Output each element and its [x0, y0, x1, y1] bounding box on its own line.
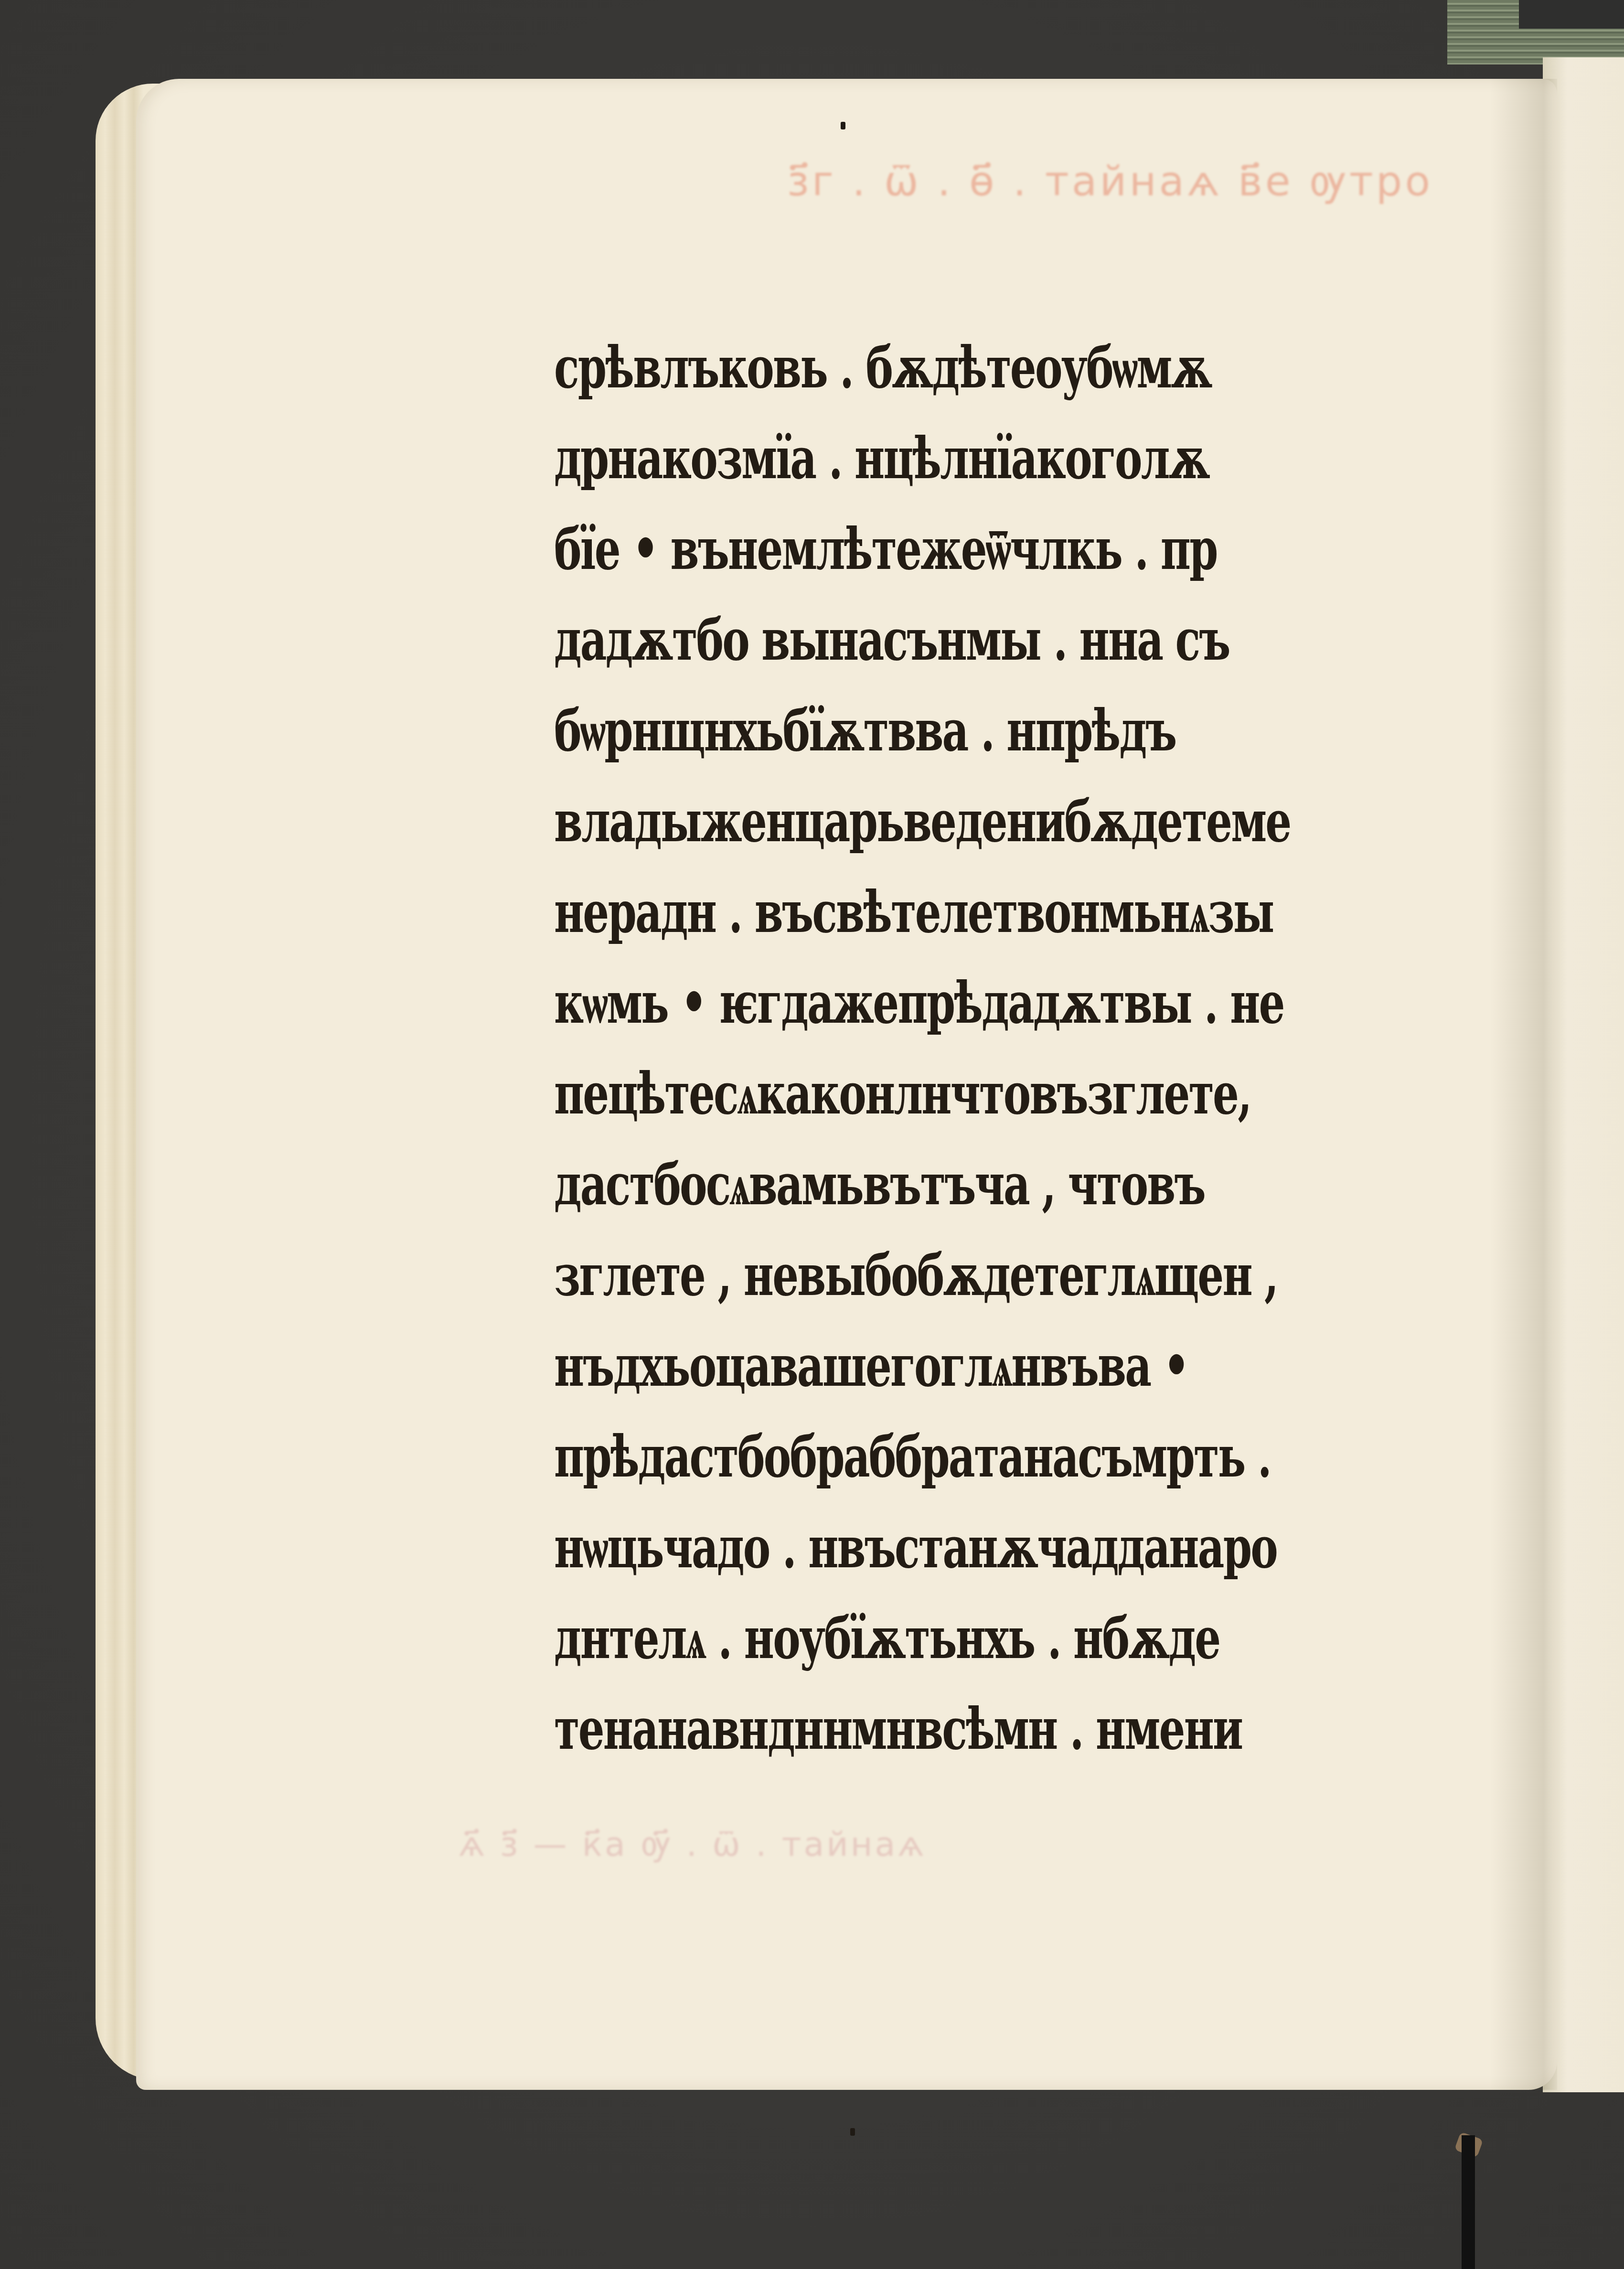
- text-line-5: бѡрнщнхьбїѫтвва . нпрѣдъ: [554, 669, 1207, 760]
- text-line-9: пецѣтесѧкаконлнчтовъзглете,: [554, 1032, 1207, 1123]
- text-line-content: бїе • вънемлѣтежеѿчлкь . пр: [554, 521, 1217, 578]
- text-line-content: дастбосѧвамьвътъча , чтовъ: [554, 1156, 1205, 1213]
- text-line-12: нъдхьоцавашегоглѧнвъва •: [554, 1304, 1207, 1395]
- text-line-8: кѡмь • ѥгдажепрѣдадѫтвы . не: [554, 941, 1207, 1032]
- text-line-content: нерадн . въсвѣтелетвонмьнѧзы: [554, 884, 1273, 941]
- text-line-content: прѣдастбобраббратанасъмрть .: [554, 1428, 1271, 1486]
- text-line-content: кѡмь • ѥгдажепрѣдадѫтвы . не: [554, 974, 1284, 1032]
- text-line-content: срѣвлъковь . бѫдѣтеоубѡмѫ: [554, 339, 1211, 396]
- text-line-content: владыженцарьведенибѫдетеме: [554, 793, 1290, 850]
- text-line-1: срѣвлъковь . бѫдѣтеоубѡмѫ: [554, 306, 1207, 396]
- text-line-4: дадѫтбо вынасънмы . нна съ: [554, 578, 1207, 669]
- text-line-6: владыженцарьведенибѫдетеме: [554, 760, 1207, 850]
- text-line-content: дрнакозмїа . нцѣлнїакоголѫ: [554, 430, 1209, 487]
- text-line-7: нерадн . въсвѣтелетвонмьнѧзы: [554, 850, 1207, 941]
- text-line-16: тенанавндннмнвсѣмн . нмени: [554, 1667, 1207, 1758]
- ink-speck: [841, 122, 845, 129]
- ink-speck: [850, 2128, 855, 2136]
- text-line-10: дастбосѧвамьвътъча , чтовъ: [554, 1123, 1207, 1213]
- text-line-content: нѡцьчадо . нвъстанѫчадданаро: [554, 1519, 1277, 1576]
- binding-thread: [1462, 2135, 1475, 2269]
- text-line-content: днтелѧ . ноубїѫтьнхь . нбѫде: [554, 1610, 1219, 1667]
- manuscript-text-block: срѣвлъковь . бѫдѣтеоубѡмѫ дрнакозмїа . н…: [554, 306, 1462, 1758]
- text-line-15: днтелѧ . ноубїѫтьнхь . нбѫде: [554, 1576, 1207, 1667]
- text-line-content: зглете , невыбобѫдетеглѧщен ,: [554, 1247, 1277, 1304]
- text-line-content: нъдхьоцавашегоглѧнвъва •: [554, 1338, 1188, 1395]
- text-line-13: прѣдастбобраббратанасъмрть .: [554, 1395, 1207, 1486]
- red-rubric-offset-top: з҃г . ѿ . ѳ҃ . тайнаѧ в҃е ѹтро: [478, 158, 1433, 229]
- text-line-content: тенанавндннмнвсѣмн . нмени: [554, 1701, 1242, 1758]
- text-line-11: зглете , невыбобѫдетеглѧщен ,: [554, 1213, 1207, 1304]
- text-line-content: пецѣтесѧкаконлнчтовъзглете,: [554, 1065, 1250, 1123]
- red-offset-bottom-text: ѧ҃ з҃ — к҃а ѹ҃ . ѿ . тайнаѧ: [459, 1825, 926, 1864]
- red-rubric-offset-bottom: ѧ҃ з҃ — к҃а ѹ҃ . ѿ . тайнаѧ: [459, 1825, 1414, 1868]
- red-offset-top-text: з҃г . ѿ . ѳ҃ . тайнаѧ в҃е ѹтро: [787, 158, 1433, 205]
- text-line-2: дрнакозмїа . нцѣлнїакоголѫ: [554, 396, 1207, 487]
- binding-dark-corner: [1519, 0, 1624, 29]
- text-line-14: нѡцьчадо . нвъстанѫчадданаро: [554, 1486, 1207, 1576]
- text-line-content: бѡрнщнхьбїѫтвва . нпрѣдъ: [554, 702, 1176, 760]
- text-line-content: дадѫтбо вынасънмы . нна съ: [554, 611, 1229, 669]
- text-line-3: бїе • вънемлѣтежеѿчлкь . пр: [554, 487, 1207, 578]
